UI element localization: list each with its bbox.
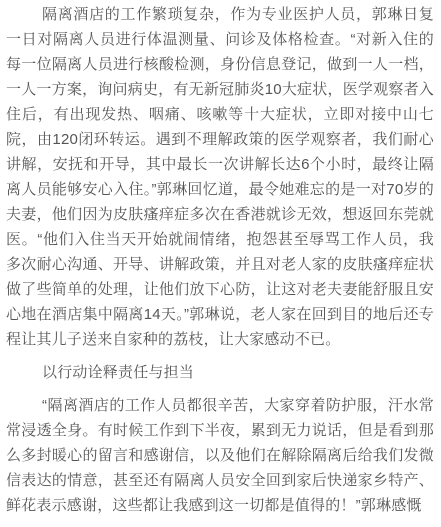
article-text-block: 隔离酒店的工作繁琐复杂，作为专业医护人员，郭琳日复一日对隔离人员进行体温测量、问…	[0, 0, 441, 518]
article-subheading: 以行动诠释责任与担当	[6, 360, 434, 385]
article-paragraph-1: 隔离酒店的工作繁琐复杂，作为专业医护人员，郭琳日复一日对隔离人员进行体温测量、问…	[6, 2, 434, 352]
article-paragraph-2: “隔离酒店的工作人员都很辛苦，大家穿着防护服，汗水常常浸透全身。有时候工作到下半…	[6, 393, 434, 518]
